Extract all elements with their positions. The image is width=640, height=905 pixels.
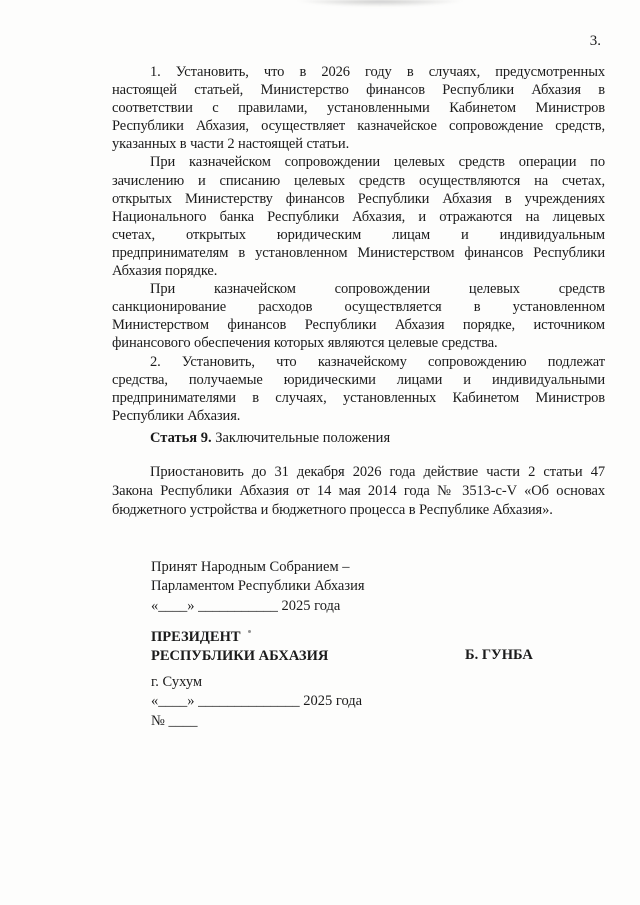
text-line: Республики Абхазия. [112,407,605,425]
text-line: финансового обеспечения которых являются… [112,334,605,352]
adoption-date-line: «____» ___________ 2025 года [151,597,451,616]
text-line: средства, получаемые юридическими лицами… [112,371,605,389]
paragraph-4: 2. Установить, что казначейскому сопрово… [112,353,605,425]
text-line: предпринимателям в установленном Министе… [112,244,605,262]
text-line: При казначейском сопровождении целевых с… [112,153,605,171]
article-9-heading: Статья 9. Заключительные положения [150,429,605,447]
text-line: указанных в части 2 настоящей статьи. [112,135,605,153]
scan-artifact-smudge [295,0,465,7]
text-line: зачислению и списанию целевых средств ос… [112,172,605,190]
article-title: Заключительные положения [212,430,391,446]
document-page: 3. 1. Установить, что в 2026 году в случ… [0,0,640,905]
paragraph-3: При казначейском сопровождении целевых с… [112,280,605,352]
adoption-block: Принят Народным Собранием – Парламентом … [151,558,451,616]
president-title-line2: РЕСПУБЛИКИ АБХАЗИЯ [151,647,451,666]
text-line: предпринимателями в случаях, установленн… [112,389,605,407]
signing-number-line: № ____ [151,712,471,731]
text-line: При казначейском сопровождении целевых с… [112,280,605,298]
final-provisions-paragraph: Приостановить до 31 декабря 2026 года де… [112,463,605,520]
signing-date-line: «____» ______________ 2025 года [151,692,471,711]
president-title-block: ПРЕЗИДЕНТ РЕСПУБЛИКИ АБХАЗИЯ [151,628,451,665]
text-line: бюджетного устройства и бюджетного проце… [112,501,605,520]
signing-city: г. Сухум [151,673,471,692]
text-line: настоящей статьей, Министерство финансов… [112,81,605,99]
paragraph-2: При казначейском сопровождении целевых с… [112,153,605,280]
text-line: счетах, открытых юридическим лицам и инд… [112,226,605,244]
president-title-line1: ПРЕЗИДЕНТ [151,628,451,647]
text-line: 2. Установить, что казначейскому сопрово… [112,353,605,371]
president-signature-name: Б. ГУНБА [465,646,533,665]
text-line: открытых Министерству финансов Республик… [112,190,605,208]
signing-block: г. Сухум «____» ______________ 2025 года… [151,673,471,731]
text-line: Министерством финансов Республики Абхази… [112,316,605,334]
text-line: Национального банка Республики Абхазия, … [112,208,605,226]
article-number: Статья 9. [150,430,212,446]
page-number: 3. [590,32,601,50]
main-text: 1. Установить, что в 2026 году в случаях… [112,63,605,425]
text-line: соответствии с правилами, установленными… [112,99,605,117]
text-line: 1. Установить, что в 2026 году в случаях… [112,63,605,81]
text-line: Республики Абхазия, осуществляет казначе… [112,117,605,135]
text-line: санкционирование расходов осуществляется… [112,298,605,316]
text-line: Закона Республики Абхазия от 14 мая 2014… [112,482,605,501]
text-line: Абхазия порядке. [112,262,605,280]
adopted-by-line: Принят Народным Собранием – [151,558,451,577]
text-line: Приостановить до 31 декабря 2026 года де… [112,463,605,482]
parliament-line: Парламентом Республики Абхазия [151,577,451,596]
paragraph-1: 1. Установить, что в 2026 году в случаях… [112,63,605,153]
